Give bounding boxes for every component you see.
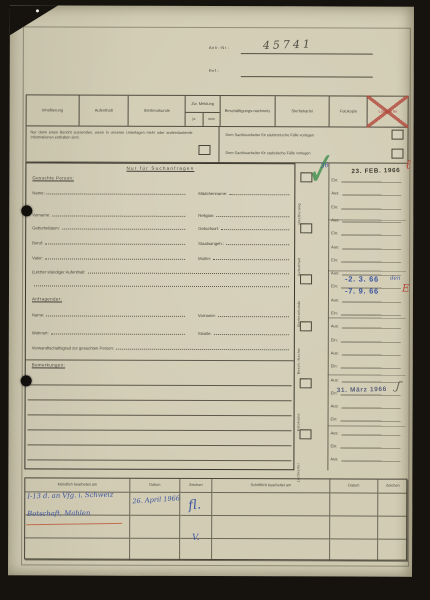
track-row: Ein: bbox=[331, 255, 403, 262]
date-stamp-feb: 23. FEB. 1966 bbox=[351, 167, 400, 175]
sachbearbeiter-line2: Dem Sachbearbeiter für statistische Fäll… bbox=[225, 151, 310, 155]
track-row: Ein: bbox=[331, 229, 403, 236]
antr-nr-handwritten-value: 45741 bbox=[263, 37, 313, 52]
field-vorname-line bbox=[52, 211, 185, 216]
remarks-line bbox=[28, 414, 292, 416]
track-row-line bbox=[342, 404, 401, 409]
remarks-divider bbox=[26, 359, 294, 361]
field-geburtsort-label: Geburtsort: bbox=[198, 226, 219, 231]
bottom-table-cell bbox=[25, 538, 130, 560]
header-table: Inhaftierung Aufenthalt Sterbeurkunde Zw… bbox=[26, 94, 409, 127]
field-staatsangeh-label: Staatsangeh.: bbox=[198, 241, 224, 246]
box-title: Nur für Suchanfragen bbox=[26, 165, 294, 171]
req-name-label: Name: bbox=[32, 312, 44, 317]
track-row: Ein: bbox=[331, 362, 403, 369]
bottom-table-cell bbox=[130, 516, 180, 539]
track-row-line bbox=[342, 324, 401, 329]
report-note-checkbox bbox=[198, 145, 210, 155]
track-row-line bbox=[342, 377, 401, 382]
field-name-label: Name: bbox=[32, 190, 44, 195]
header-col-zw-meldung: Zw. Meldung ja nein bbox=[186, 96, 221, 126]
track-checkbox bbox=[300, 378, 312, 388]
zw-meldung-yes: ja bbox=[186, 113, 203, 126]
track-row-line bbox=[342, 350, 401, 355]
bottom-table-cell bbox=[378, 517, 408, 540]
track-row-label: Aus: bbox=[330, 430, 338, 435]
blue-word-den: den bbox=[390, 276, 400, 282]
track-row-line bbox=[342, 297, 401, 302]
track-row: Ein: bbox=[330, 441, 402, 448]
hand-note-line2: Botschaft, Mahlen bbox=[27, 509, 90, 518]
field-geburtsdatum-line bbox=[62, 224, 185, 229]
track-row-label: Aus: bbox=[331, 297, 339, 302]
field-vorname-label: Vorname: bbox=[32, 212, 50, 217]
report-note-text: Nur dann einen Bericht aussenden, wenn i… bbox=[31, 130, 193, 141]
req-vorname-label: Vorname: bbox=[198, 313, 216, 318]
main-application-box: Nur für Suchanfragen Gesuchte Person: Na… bbox=[24, 162, 295, 470]
track-row: Aus: bbox=[330, 428, 402, 435]
remarks-line bbox=[27, 444, 291, 446]
header-col-inhaftierung: Inhaftierung bbox=[27, 95, 80, 125]
track-row: Ein: bbox=[331, 202, 403, 209]
bottom-table-header-cell: Datum bbox=[130, 479, 180, 493]
bottom-table-header-cell: Zeichen bbox=[180, 479, 212, 493]
field-name-line bbox=[47, 189, 186, 194]
track-row: Aus: bbox=[331, 242, 403, 249]
track-row-label: Ein: bbox=[330, 443, 337, 448]
track-row-line bbox=[340, 443, 400, 448]
track-row: Aus: bbox=[331, 189, 403, 196]
field-maidenname-label: Mädchenname: bbox=[198, 191, 227, 196]
field-maidenname-line bbox=[229, 190, 289, 195]
track-row-label: Aus: bbox=[331, 377, 339, 382]
track-row: Aus: bbox=[331, 295, 403, 302]
track-row-label: Aus: bbox=[330, 457, 338, 462]
header-col-fotokopie: Fotokopie bbox=[330, 96, 368, 126]
ref-line bbox=[241, 69, 373, 77]
instruction-row: Nur dann einen Bericht aussenden, wenn i… bbox=[25, 126, 408, 163]
date-stamp-march31: 31. März 1966 bbox=[337, 386, 387, 394]
track-row-label: Aus: bbox=[331, 350, 339, 355]
bottom-table-header-cell: Schriftlich bearbeitet am bbox=[212, 479, 330, 493]
header-col-aufenthalt: Aufenthalt bbox=[79, 96, 129, 126]
header-col-sterbeurkunde: Sterbeurkunde bbox=[129, 96, 186, 126]
section-bemerkungen: Bemerkungen: bbox=[32, 362, 65, 367]
form-card-paper: Antr.-Nr.: 45741 Ref.: Inhaftierung Aufe… bbox=[8, 5, 414, 576]
track-row-label: Ein: bbox=[331, 231, 338, 236]
field-aufenthalt-label: (Letzter ständiger Aufenthalt: bbox=[32, 269, 86, 274]
antr-nr-label: Antr.-Nr.: bbox=[209, 45, 230, 50]
field-beruf-line bbox=[45, 239, 185, 244]
track-row-label: Ein: bbox=[331, 364, 338, 369]
sachbearbeiter-line1: Dem Sachbearbeiter für elektronische Fäl… bbox=[226, 133, 315, 137]
section-gesuchte-person: Gesuchte Person: bbox=[32, 175, 74, 180]
field-aufenthalt-line2 bbox=[34, 281, 289, 287]
field-vater-label: Vater: bbox=[32, 255, 43, 260]
track-row: Aus: bbox=[331, 402, 403, 409]
punch-hole-top bbox=[21, 205, 32, 216]
track-row: Aus: bbox=[330, 455, 402, 462]
field-staatsangeh-line bbox=[226, 240, 289, 245]
req-relation-label: Verwandtschaftsgrad zur gesuchten Person… bbox=[32, 345, 114, 350]
bottom-table-cell bbox=[378, 494, 408, 517]
field-vater-line bbox=[45, 254, 185, 259]
bottom-table-cell bbox=[212, 539, 330, 561]
track-row-label: Aus: bbox=[331, 244, 339, 249]
track-checkbox bbox=[299, 429, 311, 439]
hand-initials-2: V. bbox=[192, 533, 199, 543]
track-row: Aus: bbox=[331, 322, 403, 329]
track-row-label: Ein: bbox=[331, 204, 338, 209]
track-row-label: Aus: bbox=[331, 404, 339, 409]
track-row: Ein: bbox=[331, 335, 403, 342]
scan-background: { "page": { "antr_label": "Antr.-Nr.:", … bbox=[0, 0, 430, 600]
req-strasse-line bbox=[214, 330, 289, 335]
remarks-line bbox=[28, 384, 292, 386]
remarks-line bbox=[27, 459, 291, 461]
red-cross-out-mark bbox=[367, 96, 409, 128]
bottom-table-cell bbox=[212, 516, 330, 539]
track-group-label: Besch.-Nachw. bbox=[297, 334, 302, 374]
req-wohnort-line bbox=[51, 329, 185, 334]
track-group-separator bbox=[328, 317, 406, 318]
header-col-lochkartei: Lochkartei bbox=[368, 97, 408, 127]
bottom-table-header-cell: Zeichen bbox=[378, 480, 408, 494]
track-row: Aus: bbox=[331, 375, 403, 382]
field-aufenthalt-line bbox=[88, 269, 289, 275]
track-row: Ein: bbox=[331, 415, 403, 422]
track-row-line bbox=[341, 364, 401, 369]
track-checkbox bbox=[300, 223, 312, 233]
date-stamp-sept: -7. 9. 66 bbox=[345, 286, 379, 295]
ref-label: Ref.: bbox=[209, 68, 220, 73]
track-row-line bbox=[341, 204, 401, 209]
bottom-table-cell bbox=[25, 515, 130, 538]
track-row-line bbox=[342, 244, 401, 249]
field-geburtsort-line bbox=[221, 225, 289, 230]
field-religion-label: Religion: bbox=[198, 213, 214, 218]
bottom-table-cell bbox=[330, 516, 378, 539]
field-mutter-line bbox=[213, 255, 289, 260]
track-row-label: Ein: bbox=[331, 337, 338, 342]
instruction-left-cell: Nur dann einen Bericht aussenden, wenn i… bbox=[26, 126, 219, 162]
track-row-line bbox=[341, 310, 401, 315]
req-wohnort-label: Wohnort: bbox=[32, 330, 49, 335]
field-geburtsdatum-label: Geburtsdatum: bbox=[32, 225, 60, 230]
section-anfragender: Anfragender: bbox=[32, 296, 62, 301]
bottom-table-cell bbox=[212, 493, 330, 516]
header-col-sterbekartei: Sterbekartei bbox=[275, 96, 330, 126]
track-row: Ein: bbox=[331, 175, 403, 182]
track-row-line bbox=[342, 430, 401, 435]
field-beruf-label: Beruf: bbox=[32, 240, 43, 245]
track-row-line bbox=[341, 457, 400, 462]
zw-meldung-label: Zw. Meldung bbox=[186, 96, 220, 112]
sachbearbeiter-checkbox1 bbox=[392, 130, 404, 140]
track-checkbox bbox=[300, 321, 312, 331]
track-row-label: Ein: bbox=[331, 417, 338, 422]
track-column: Ein:Aus:Ein:Aus:Ein:Aus:Ein:Aus:Ein:Aus:… bbox=[294, 163, 408, 470]
track-group-separator bbox=[328, 425, 406, 426]
scan-speck bbox=[36, 9, 39, 12]
punch-hole-bottom bbox=[21, 375, 32, 386]
track-row-line bbox=[341, 257, 401, 262]
bottom-table-cell bbox=[330, 539, 378, 561]
blue-note-top: 36 bbox=[320, 161, 329, 170]
header-col-beschaeftigungsnachweis: Beschäftigungs-nachweis bbox=[221, 96, 276, 126]
track-row: Aus: bbox=[331, 348, 403, 355]
req-vorname-line bbox=[218, 312, 289, 317]
track-group-label: Fotokopie bbox=[297, 391, 302, 431]
zw-meldung-options: ja nein bbox=[186, 112, 220, 126]
track-checkbox bbox=[300, 274, 312, 284]
field-mutter-label: Mutter: bbox=[198, 256, 211, 261]
bottom-table-cell bbox=[330, 493, 378, 516]
track-row-label: Ein: bbox=[331, 310, 338, 315]
track-row-line bbox=[341, 231, 401, 236]
req-relation-line bbox=[116, 345, 289, 351]
track-row-line bbox=[342, 191, 401, 196]
track-row-label: Ein: bbox=[331, 284, 338, 289]
track-row-label: Ein: bbox=[331, 257, 338, 262]
track-group-label: Aufenthalt bbox=[297, 236, 302, 276]
bottom-table-cell bbox=[130, 539, 180, 561]
track-row-label: Aus: bbox=[331, 324, 339, 329]
track-row-line bbox=[341, 337, 401, 342]
track-row-line bbox=[341, 177, 401, 182]
red-mark-top: ℓ bbox=[405, 157, 410, 173]
hand-initials: fl. bbox=[188, 497, 202, 513]
red-mark-e: E bbox=[402, 283, 410, 295]
track-group-label: Inhaftierung bbox=[297, 185, 302, 225]
req-strasse-label: Straße: bbox=[198, 331, 212, 336]
track-row-line bbox=[340, 417, 400, 422]
bottom-table-cell bbox=[378, 540, 408, 562]
remarks-line bbox=[28, 399, 292, 401]
bottom-table-header-cell: Datum bbox=[330, 479, 378, 493]
bottom-table: Mündlich bearbeitet amDatumZeichenSchrif… bbox=[24, 477, 407, 560]
track-group-label: Lochkartei bbox=[296, 442, 301, 482]
req-name-line bbox=[46, 311, 185, 316]
zw-meldung-no: nein bbox=[203, 113, 219, 126]
date-stamp-march: -2. 3. 66 bbox=[345, 274, 379, 283]
field-religion-line bbox=[217, 212, 290, 217]
remarks-line bbox=[28, 429, 292, 431]
track-row: Ein: bbox=[331, 308, 403, 315]
sachbearbeiter-checkbox2 bbox=[391, 149, 403, 159]
